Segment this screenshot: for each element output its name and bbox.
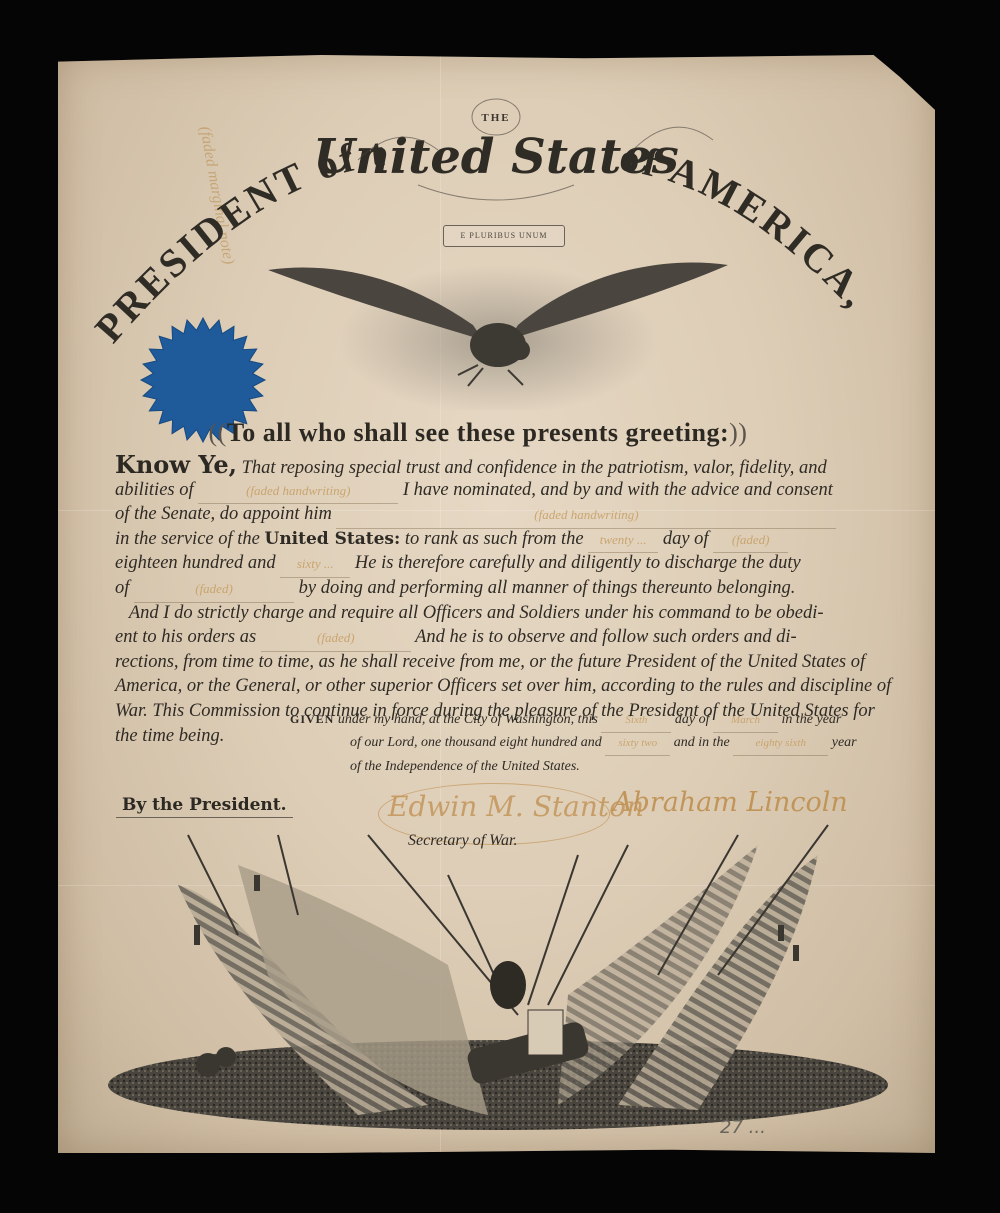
- body-line: in the service of the: [115, 529, 260, 549]
- body-line: by doing and performing all manner of th…: [299, 578, 796, 598]
- fill-duty: (faded): [134, 577, 294, 603]
- fill-name: (faded handwriting): [198, 479, 398, 505]
- body-line: And he is to observe and follow such ord…: [415, 627, 797, 647]
- given-text: year: [832, 735, 857, 750]
- body-line: ent to his orders as: [115, 627, 256, 647]
- given-text: in the year: [782, 712, 842, 727]
- given-label: GIVEN: [290, 712, 334, 726]
- greeting-line: ((To all who shall see these presents gr…: [178, 418, 778, 448]
- given-text: day of: [675, 712, 710, 727]
- body-line: to rank as such from the: [405, 529, 584, 549]
- svg-text:United States: United States: [313, 129, 679, 185]
- signature-lincoln: Abraham Lincoln: [613, 787, 848, 818]
- body-line: And I do strictly charge and require all…: [129, 603, 824, 623]
- body-line: rections, from time to time, as he shall…: [115, 652, 865, 672]
- united-states-label: United States:: [265, 529, 401, 549]
- eagle-engraving-icon: [258, 230, 738, 410]
- body-line: eighteen hundred and: [115, 553, 276, 573]
- body-line: America, or the General, or other superi…: [115, 676, 891, 696]
- body-line: I have nominated, and by and with the ad…: [403, 480, 833, 500]
- given-clause: GIVEN under my hand, at the City of Wash…: [290, 707, 920, 779]
- fill-rank-year: sixty ...: [280, 552, 350, 578]
- body-line: He is therefore carefully and diligently…: [355, 553, 801, 573]
- body-line: of the Senate, do appoint him: [115, 504, 332, 524]
- pencil-number: 27 ...: [720, 1117, 766, 1138]
- know-ye: Know Ye,: [115, 450, 237, 479]
- body-line: That reposing special trust and confiden…: [242, 458, 827, 478]
- body-line: abilities of: [115, 480, 194, 500]
- body-line: of: [115, 578, 129, 598]
- fill-independence-year: eighty sixth: [733, 731, 828, 756]
- fill-given-day: Sixth: [601, 708, 671, 733]
- fill-rank-day: twenty ...: [588, 528, 658, 554]
- body-line: day of: [663, 529, 709, 549]
- military-trophy-engraving-icon: [98, 815, 898, 1135]
- fill-given-month: March: [713, 708, 778, 733]
- commission-document: (faded marginal note) PRESIDENT of the o…: [58, 55, 935, 1153]
- given-text: and in the: [674, 735, 730, 750]
- svg-text:THE: THE: [481, 112, 510, 124]
- fill-orders-as: (faded): [261, 626, 411, 652]
- greeting-text: To all who shall see these presents gree…: [227, 418, 729, 447]
- given-text: of our Lord, one thousand eight hundred …: [350, 735, 602, 750]
- given-text: under my hand, at the City of Washington…: [338, 712, 598, 727]
- fill-appointment: (faded handwriting): [336, 503, 836, 529]
- fill-rank-month: (faded): [713, 528, 788, 554]
- body-line: the time being.: [115, 726, 224, 746]
- given-text: of the Independence of the United States…: [350, 759, 580, 774]
- engraver-credit: Engraved by ...: [518, 1095, 555, 1101]
- commission-body: Know Ye, That reposing special trust and…: [115, 453, 905, 748]
- fill-given-year: sixty two: [605, 731, 670, 756]
